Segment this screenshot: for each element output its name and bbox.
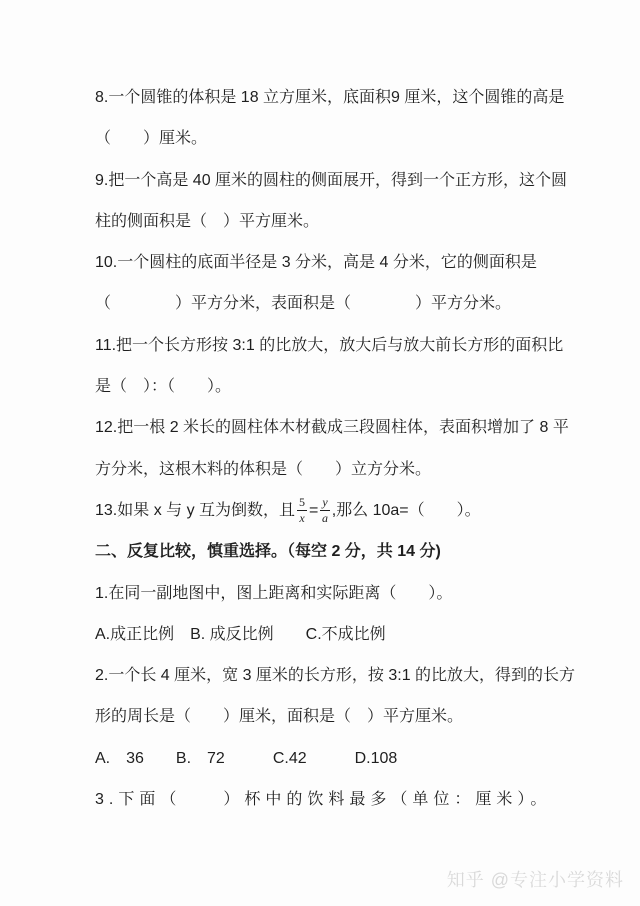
question-13-prefix: 13.如果 x 与 y 互为倒数，且 bbox=[95, 502, 295, 519]
worksheet-page: 8.一个圆锥的体积是 18 立方厘米，底面积9 厘米，这个圆锥的高是 （ ）厘米… bbox=[95, 77, 555, 820]
fraction-denominator: x bbox=[297, 511, 307, 525]
fraction-numerator: y bbox=[320, 496, 329, 511]
choice-question-3-stem: 3.下面（ ）杯中的饮料最多（单位：厘米）。 bbox=[95, 779, 555, 820]
question-9-line-2: 柱的侧面积是（ ）平方厘米。 bbox=[95, 201, 555, 242]
section-2-heading: 二、反复比较，慎重选择。（每空 2 分，共 14 分) bbox=[95, 531, 555, 572]
choice-question-2-line-2: 形的周长是（ ）厘米，面积是（ ）平方厘米。 bbox=[95, 696, 555, 737]
fraction-5-over-x: 5x bbox=[297, 496, 307, 525]
question-8-line-2: （ ）厘米。 bbox=[95, 118, 555, 159]
choice-question-1-options: A.成正比例 B. 成反比例 C.不成比例 bbox=[95, 614, 555, 655]
fraction-numerator: 5 bbox=[297, 496, 307, 511]
choice-question-2-line-1: 2.一个长 4 厘米，宽 3 厘米的长方形，按 3:1 的比放大，得到的长方 bbox=[95, 655, 555, 696]
equals-sign: = bbox=[309, 502, 318, 519]
choice-question-2-options: A. 36 B. 72 C.42 D.108 bbox=[95, 738, 555, 779]
choice-question-1-stem: 1.在同一副地图中，图上距离和实际距离（ ）。 bbox=[95, 573, 555, 614]
question-13-line: 13.如果 x 与 y 互为倒数，且5x=ya,那么 10a=（ ）。 bbox=[95, 490, 555, 531]
question-13-suffix: ,那么 10a=（ ）。 bbox=[332, 502, 481, 519]
question-11-line-1: 11.把一个长方形按 3:1 的比放大，放大后与放大前长方形的面积比 bbox=[95, 325, 555, 366]
question-10-line-1: 10.一个圆柱的底面半径是 3 分米，高是 4 分米，它的侧面积是 bbox=[95, 242, 555, 283]
question-11-line-2: 是（ ）：（ ）。 bbox=[95, 366, 555, 407]
question-9-line-1: 9.把一个高是 40 厘米的圆柱的侧面展开，得到一个正方形，这个圆 bbox=[95, 160, 555, 201]
question-10-line-2: （ ）平方分米，表面积是（ ）平方分米。 bbox=[95, 283, 555, 324]
watermark: 知乎 @专注小学资料 bbox=[447, 866, 624, 892]
question-8-line-1: 8.一个圆锥的体积是 18 立方厘米，底面积9 厘米，这个圆锥的高是 bbox=[95, 77, 555, 118]
question-12-line-1: 12.把一根 2 米长的圆柱体木材截成三段圆柱体，表面积增加了 8 平 bbox=[95, 407, 555, 448]
fraction-denominator: a bbox=[320, 511, 329, 525]
fraction-y-over-a: ya bbox=[320, 496, 329, 525]
question-12-line-2: 方分米，这根木料的体积是（ ）立方分米。 bbox=[95, 449, 555, 490]
